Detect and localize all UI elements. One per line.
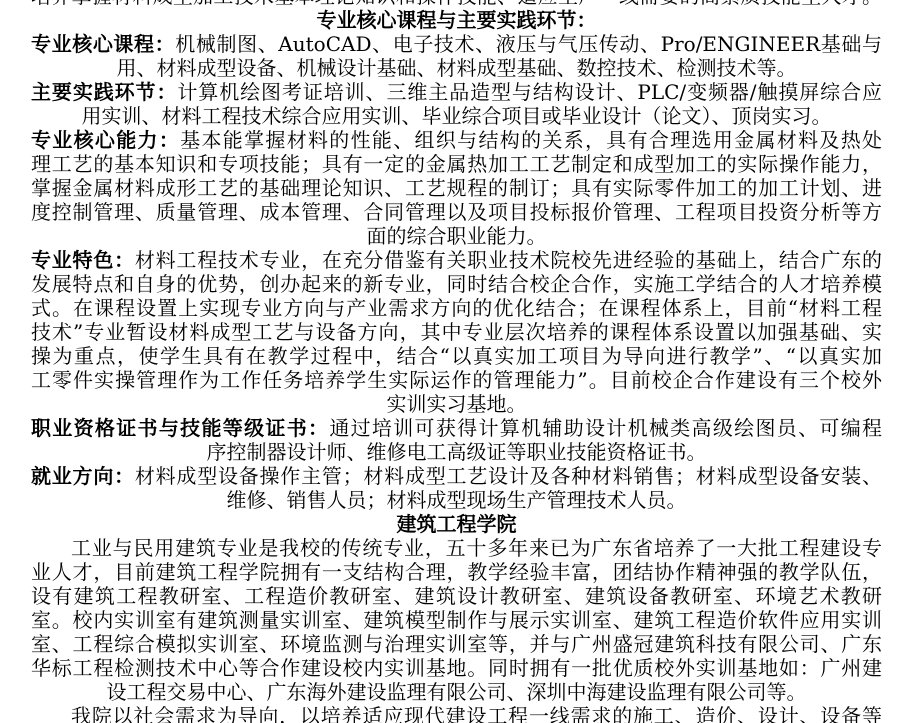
text-run: 用、材料成型设备、机械设计基础、材料成型基础、数控技术、检测技术等。 — [117, 56, 797, 80]
text-line: 操为重点，使学生具有在教学过程中，结合“以真实加工项目为导向进行教学”、“以真实… — [31, 344, 882, 368]
text-line: 职业资格证书与技能等级证书：通过培训可获得计算机辅助设计机械类高级绘图员、可编程 — [31, 416, 882, 440]
text-line: 室。校内实训室有建筑测量实训室、建筑模型制作与展示实训室、建筑工程造价软件应用实… — [31, 608, 882, 632]
text-run: 我院以社会需求为导向，以培养适应现代建设工程一线需求的施工、造价、设计、设备等 — [71, 704, 882, 723]
bold-label: 专业核心课程： — [31, 32, 175, 56]
text-line: 技术”专业暂设材料成型工艺与设备方向，其中专业层次培养的课程体系设置以加强基础、… — [31, 320, 882, 344]
text-run: 室、工程综合模拟实训室、环境监测与治理实训室等，并与广州盛冠建筑科技有限公司、广… — [31, 632, 882, 656]
heading-construction-college: 建筑工程学院 — [31, 512, 882, 536]
text-run: 业人才，目前建筑工程学院拥有一支结构合理，教学经验丰富，团结协作精神强的教学队伍… — [31, 560, 882, 584]
document-body: 培养掌握材料成型加工技术基本理论知识和操作技能、适应生产一线需要的高素质技能型人… — [31, 0, 882, 723]
text-line: 专业核心能力：基本能掌握材料的性能、组织与结构的关系，具有合理选用金属材料及热处 — [31, 128, 882, 152]
text-line: 业人才，目前建筑工程学院拥有一支结构合理，教学经验丰富，团结协作精神强的教学队伍… — [31, 560, 882, 584]
text-run: 技术”专业暂设材料成型工艺与设备方向，其中专业层次培养的课程体系设置以加强基础、… — [31, 320, 882, 344]
text-line: 设工程交易中心、广东海外建设监理有限公司、深圳中海建设监理有限公司等。 — [31, 680, 882, 704]
text-line: 用实训、材料工程技术综合应用实训、毕业综合项目或毕业设计（论文）、顶岗实习。 — [31, 104, 882, 128]
text-run: 面的综合职业能力。 — [367, 224, 547, 248]
clipped-top-line: 培养掌握材料成型加工技术基本理论知识和操作技能、适应生产一线需要的高素质技能型人… — [31, 0, 882, 8]
text-line: 工零件实操管理作为工作任务培养学生实际运作的管理能力”。目前校企合作建设有三个校… — [31, 368, 882, 392]
text-run: 设工程交易中心、广东海外建设监理有限公司、深圳中海建设监理有限公司等。 — [107, 680, 807, 704]
text-run: 式。在课程设置上实现专业方向与产业需求方向的优化结合；在课程体系上，目前“材料工… — [31, 296, 882, 320]
text-run: 度控制管理、质量管理、成本管理、合同管理以及项目投标报价管理、工程项目投资分析等… — [31, 200, 882, 224]
text-line: 专业核心课程：机械制图、AutoCAD、电子技术、液压与气压传动、Pro/ENG… — [31, 32, 882, 56]
text-line: 用、材料成型设备、机械设计基础、材料成型基础、数控技术、检测技术等。 — [31, 56, 882, 80]
text-line: 式。在课程设置上实现专业方向与产业需求方向的优化结合；在课程体系上，目前“材料工… — [31, 296, 882, 320]
text-line: 主要实践环节：计算机绘图考证培训、三维主品造型与结构设计、PLC/变频器/触摸屏… — [31, 80, 882, 104]
text-line: 华标工程检测技术中心等合作建设校内实训基地。同时拥有一批优质校外实训基地如：广州… — [31, 656, 882, 680]
text-run: 基本能掌握材料的性能、组织与结构的关系，具有合理选用金属材料及热处 — [180, 128, 882, 152]
text-line: 我院以社会需求为导向，以培养适应现代建设工程一线需求的施工、造价、设计、设备等 — [31, 704, 882, 723]
text-line: 实训实习基地。 — [31, 392, 882, 416]
text-run: 工零件实操管理作为工作任务培养学生实际运作的管理能力”。目前校企合作建设有三个校… — [31, 368, 882, 392]
text-line: 度控制管理、质量管理、成本管理、合同管理以及项目投标报价管理、工程项目投资分析等… — [31, 200, 882, 224]
text-run: 发展特点和自身的优势，创办起来的新专业，同时结合校企合作，实施工学结合的人才培养… — [31, 272, 882, 296]
bold-label: 专业核心能力： — [31, 128, 180, 152]
text-run: 材料工程技术专业，在充分借鉴有关职业技术院校先进经验的基础上，结合广东的 — [135, 248, 882, 272]
bold-label: 职业资格证书与技能等级证书： — [31, 416, 329, 440]
text-line: 维修、销售人员；材料成型现场生产管理技术人员。 — [31, 488, 882, 512]
text-run: 设有建筑工程教研室、工程造价教研室、建筑设计教研室、建筑设备教研室、环境艺术教研 — [31, 584, 882, 608]
bold-label: 主要实践环节： — [31, 80, 177, 104]
text-run: 实训实习基地。 — [387, 392, 527, 416]
text-line: 工业与民用建筑专业是我校的传统专业，五十多年来已为广东省培养了一大批工程建设专 — [31, 536, 882, 560]
text-run: 华标工程检测技术中心等合作建设校内实训基地。同时拥有一批优质校外实训基地如：广州… — [31, 656, 882, 680]
bold-label: 专业核心课程与主要实践环节： — [317, 8, 597, 32]
text-line: 面的综合职业能力。 — [31, 224, 882, 248]
text-run: 室。校内实训室有建筑测量实训室、建筑模型制作与展示实训室、建筑工程造价软件应用实… — [31, 608, 882, 632]
text-run: 用实训、材料工程技术综合应用实训、毕业综合项目或毕业设计（论文）、顶岗实习。 — [82, 104, 832, 128]
bold-label: 专业特色： — [31, 248, 135, 272]
text-line: 设有建筑工程教研室、工程造价教研室、建筑设计教研室、建筑设备教研室、环境艺术教研 — [31, 584, 882, 608]
text-line: 室、工程综合模拟实训室、环境监测与治理实训室等，并与广州盛冠建筑科技有限公司、广… — [31, 632, 882, 656]
text-line: 序控制器设计师、维修电工高级证等职业技能资格证书。 — [31, 440, 882, 464]
text-line: 发展特点和自身的优势，创办起来的新专业，同时结合校企合作，实施工学结合的人才培养… — [31, 272, 882, 296]
bold-label: 建筑工程学院 — [397, 512, 517, 536]
bold-label: 就业方向： — [31, 464, 135, 488]
text-run: 理工艺的基本知识和专项技能；具有一定的金属热加工工艺制定和成型加工的实际操作能力… — [31, 152, 882, 176]
text-run: 培养掌握材料成型加工技术基本理论知识和操作技能、适应生产一线需要的高素质技能型人… — [31, 0, 882, 8]
text-run: 序控制器设计师、维修电工高级证等职业技能资格证书。 — [207, 440, 707, 464]
text-run: 通过培训可获得计算机辅助设计机械类高级绘图员、可编程 — [329, 416, 882, 440]
text-line: 就业方向：材料成型设备操作主管；材料成型工艺设计及各种材料销售；材料成型设备安装… — [31, 464, 882, 488]
text-run: 操为重点，使学生具有在教学过程中，结合“以真实加工项目为导向进行教学”、“以真实… — [31, 344, 882, 368]
text-run: 维修、销售人员；材料成型现场生产管理技术人员。 — [227, 488, 687, 512]
text-run: 材料成型设备操作主管；材料成型工艺设计及各种材料销售；材料成型设备安装、 — [135, 464, 882, 488]
text-line: 专业特色：材料工程技术专业，在充分借鉴有关职业技术院校先进经验的基础上，结合广东… — [31, 248, 882, 272]
heading-core-courses: 专业核心课程与主要实践环节： — [31, 8, 882, 32]
text-line: 掌握金属材料成形工艺的基础理论知识、工艺规程的制订；具有实际零件加工的加工计划、… — [31, 176, 882, 200]
text-run: 工业与民用建筑专业是我校的传统专业，五十多年来已为广东省培养了一大批工程建设专 — [71, 536, 882, 560]
text-line: 理工艺的基本知识和专项技能；具有一定的金属热加工工艺制定和成型加工的实际操作能力… — [31, 152, 882, 176]
text-run: 计算机绘图考证培训、三维主品造型与结构设计、PLC/变频器/触摸屏综合应 — [177, 80, 882, 104]
text-run: 掌握金属材料成形工艺的基础理论知识、工艺规程的制订；具有实际零件加工的加工计划、… — [31, 176, 882, 200]
